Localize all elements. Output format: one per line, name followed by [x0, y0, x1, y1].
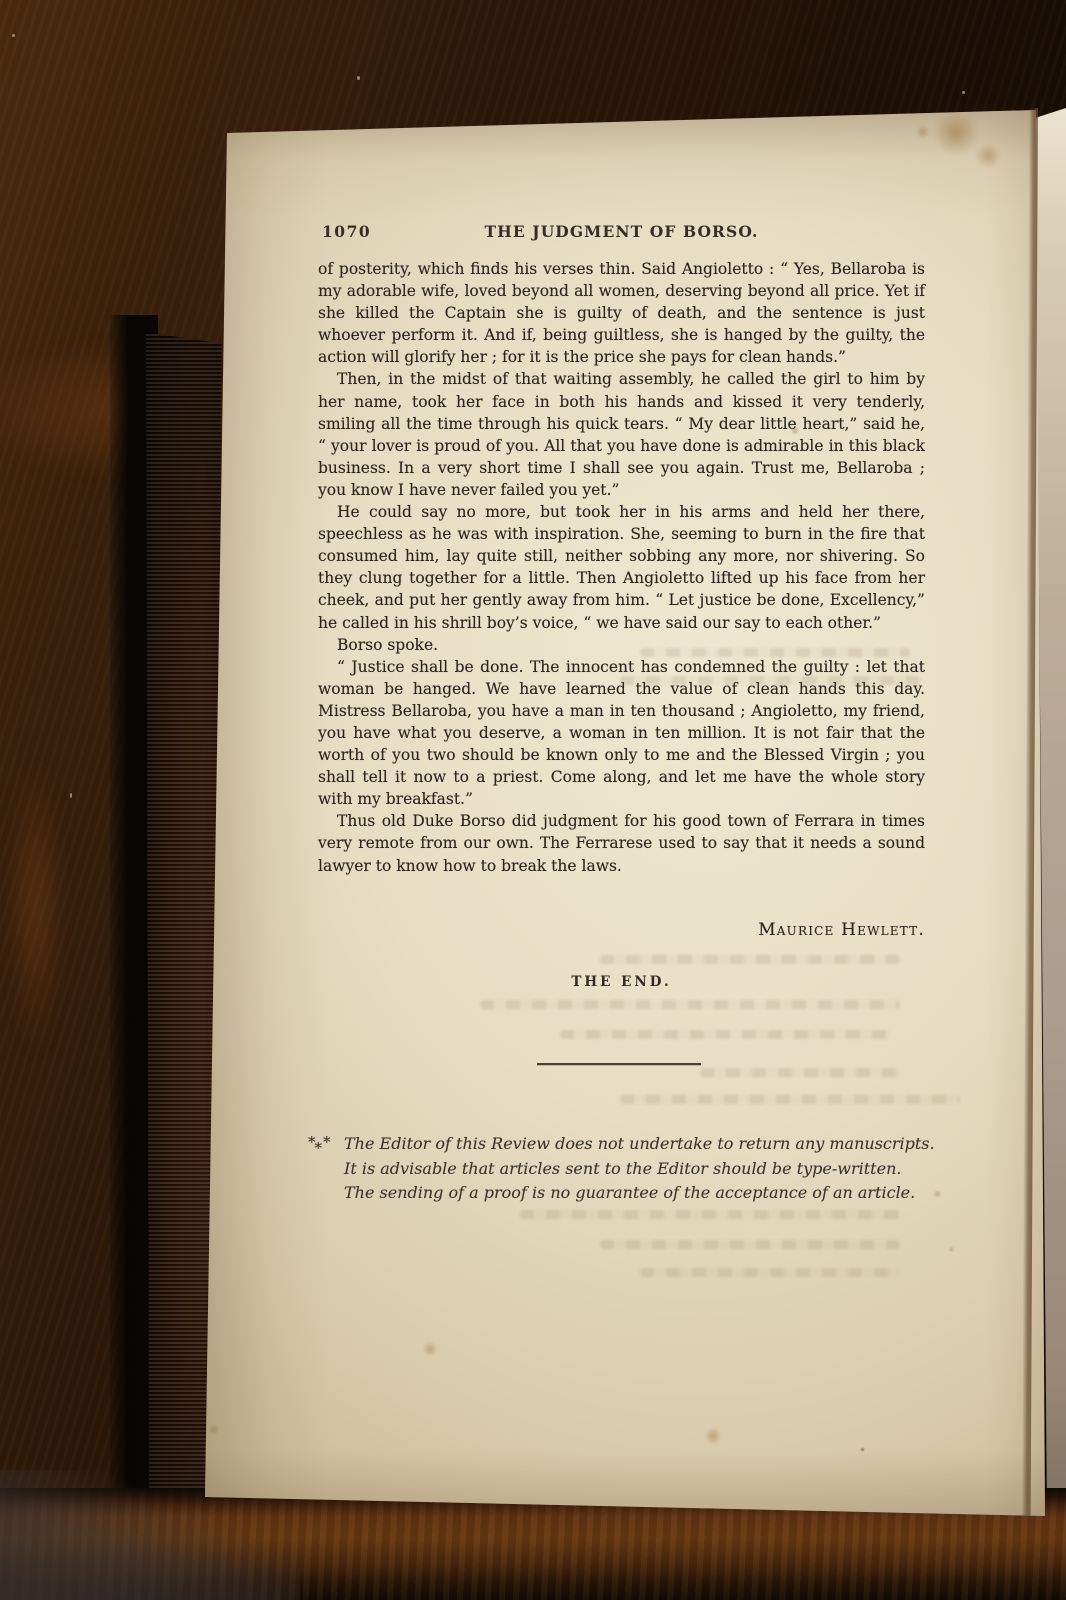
foxing-stain	[422, 1342, 438, 1356]
dust-fleck	[962, 91, 965, 94]
editor-note-line: The Editor of this Review does not under…	[344, 1132, 940, 1157]
bleed-through-smudge	[600, 955, 900, 964]
page-header: 1070 THE JUDGMENT OF BORSO.	[318, 222, 925, 246]
running-title: THE JUDGMENT OF BORSO.	[318, 222, 925, 241]
book-page: 1070 THE JUDGMENT OF BORSO. of posterity…	[200, 106, 1066, 1520]
bleed-through-smudge	[520, 1210, 900, 1219]
dust-fleck	[357, 76, 360, 80]
bleed-through-smudge	[620, 676, 920, 685]
bleed-through-smudge	[480, 1000, 900, 1009]
editor-note-line: The sending of a proof is no guarantee o…	[344, 1181, 940, 1206]
bleed-through-smudge	[620, 1095, 960, 1104]
foxing-stain	[704, 1428, 722, 1444]
end-mark: THE END.	[318, 974, 925, 990]
foxing-stain	[575, 512, 581, 518]
foxing-stain	[860, 1447, 865, 1452]
dust-fleck	[70, 793, 72, 798]
paragraph: Then, in the midst of that waiting assem…	[318, 368, 925, 501]
asterism-star: *	[315, 1139, 323, 1157]
editor-note-line: It is advisable that articles sent to th…	[344, 1157, 940, 1182]
foxing-stain	[948, 1246, 955, 1253]
page-number: 1070	[322, 222, 371, 241]
dust-fleck	[12, 34, 15, 37]
foxing-stain	[975, 144, 1001, 168]
bleed-through-smudge	[600, 1240, 900, 1249]
foxing-stain	[933, 1190, 942, 1198]
paragraph: He could say no more, but took her in hi…	[318, 501, 925, 634]
body-text: of posterity, which finds his verses thi…	[318, 258, 925, 877]
bleed-through-smudge	[560, 1030, 890, 1039]
bleed-through-smudge	[700, 1068, 900, 1077]
foxing-stain	[790, 426, 800, 435]
paragraph: Thus old Duke Borso did judgment for his…	[318, 810, 925, 876]
bleed-through-smudge	[640, 1268, 900, 1277]
editor-note: *** The Editor of this Review does not u…	[308, 1132, 940, 1206]
author-signature: Maurice Hewlett.	[318, 920, 925, 940]
foxing-stain	[208, 1424, 220, 1435]
editor-note-lines: The Editor of this Review does not under…	[344, 1132, 940, 1206]
asterism-marker: ***	[308, 1130, 338, 1155]
foxing-stain	[916, 126, 930, 138]
asterism-star: *	[323, 1133, 331, 1151]
paragraph: of posterity, which finds his verses thi…	[318, 258, 925, 368]
bleed-through-smudge	[640, 648, 910, 657]
foxing-stain	[933, 112, 979, 154]
separator-rule	[537, 1063, 701, 1065]
wood-grain-highlight	[0, 700, 90, 1120]
